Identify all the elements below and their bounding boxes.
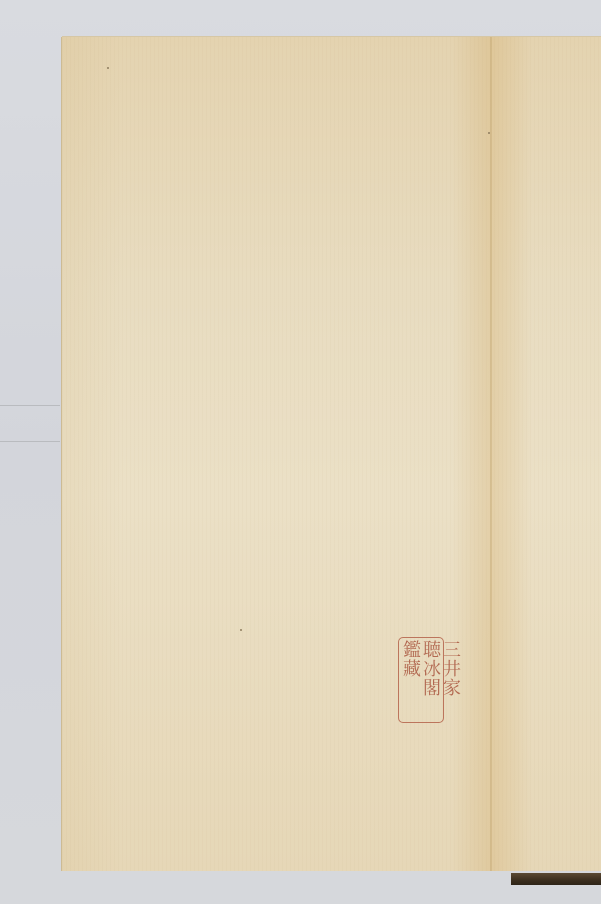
paper-speck xyxy=(240,629,242,631)
paper-fold xyxy=(490,37,492,871)
paper-speck xyxy=(488,132,490,134)
collector-seal: 三井家 聴冰閣 鑑藏 xyxy=(398,637,444,723)
background-line xyxy=(0,441,60,442)
seal-text-col-1: 三井家 xyxy=(440,640,460,720)
wooden-board-edge xyxy=(511,873,601,885)
background-line xyxy=(0,405,60,406)
paper-texture xyxy=(62,37,601,871)
album-leaf: 三井家 聴冰閣 鑑藏 xyxy=(62,37,601,871)
seal-text-col-3: 鑑藏 xyxy=(400,640,420,720)
paper-speck xyxy=(107,67,109,69)
seal-text-col-2: 聴冰閣 xyxy=(420,640,440,720)
